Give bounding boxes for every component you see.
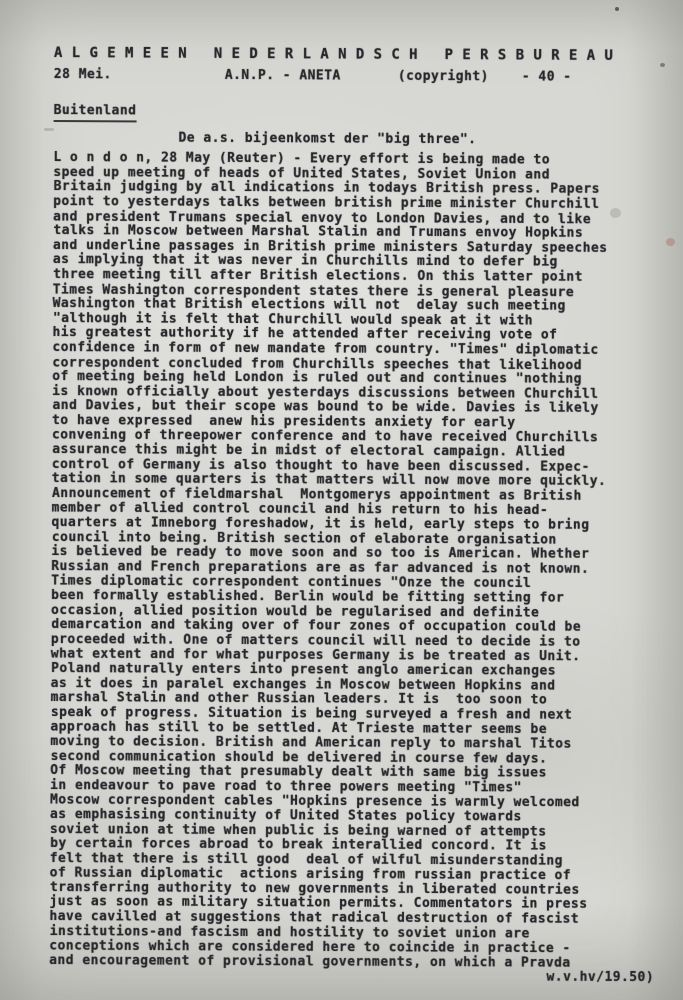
signoff: w.v.hv/19.50): [49, 968, 660, 986]
paper-smudge: [666, 238, 675, 246]
page-number: - 40 -: [522, 70, 572, 85]
header-meta-line: 28 Mei. A.N.P. - ANETA (copyright) - 40 …: [54, 68, 665, 89]
pencil-mark: [44, 128, 54, 131]
bureau-name: A.N.P. - ANETA: [225, 69, 341, 84]
article-body: L o n d o n, 28 May (Reuter) - Every eff…: [49, 151, 664, 971]
document-date: 28 Mei.: [54, 68, 112, 83]
section-heading: Buitenland: [54, 104, 137, 122]
typewritten-content: A L G E M E E N N E D E R L A N D S C H …: [49, 44, 665, 986]
subject-line: De a.s. bijeenkomst der "big three".: [53, 131, 664, 149]
copyright-notice: (copyright): [398, 70, 489, 85]
scanned-document-page: A L G E M E E N N E D E R L A N D S C H …: [0, 0, 683, 1000]
agency-name: A L G E M E E N N E D E R L A N D S C H …: [54, 44, 665, 65]
paper-speck: [615, 7, 619, 11]
